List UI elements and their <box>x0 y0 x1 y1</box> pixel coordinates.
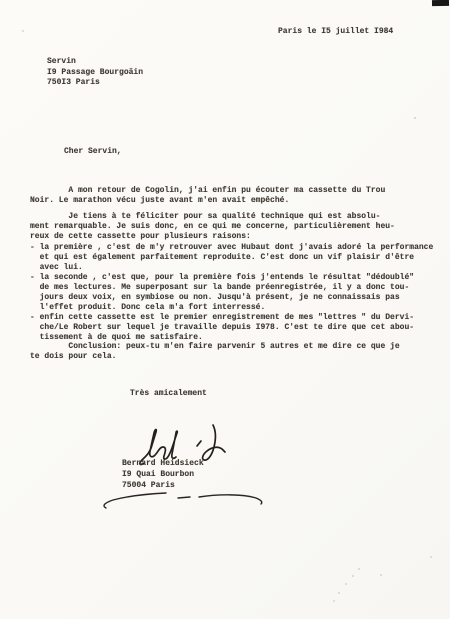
sender-street: I9 Quai Bourbon <box>122 470 194 481</box>
scan-artifact-top-right <box>432 0 449 6</box>
paragraph-line: te dois pour cela. <box>30 352 400 362</box>
scan-speck <box>414 117 416 119</box>
bullet-line: avec lui. <box>30 263 433 273</box>
scan-speck <box>352 575 354 577</box>
sender-city: 75004 Paris <box>122 481 194 492</box>
scan-speck <box>345 583 347 585</box>
scan-speck <box>380 574 382 576</box>
conclusion-paragraph: Conclusion: peux-tu m'en faire parvenir … <box>30 342 400 362</box>
body-paragraph-1: A mon retour de Cogolin, j'ai enfin pu é… <box>30 186 385 206</box>
bullet-line: che/Le Robert sur lequel je travaille de… <box>30 323 433 333</box>
body-paragraph-2: Je tiens à te féliciter pour sa qualité … <box>30 212 395 242</box>
bullet-line: et qui est également parfaitement reprod… <box>30 253 433 263</box>
salutation: Cher Servin, <box>64 147 122 156</box>
bullet-line: - la seconde , c'est que, pour la premiè… <box>30 273 433 283</box>
bullet-item-3: - enfin cette cassette est le premier en… <box>30 313 433 343</box>
paragraph-line: Noir. Le marathon vécu juste avant m'en … <box>30 196 385 206</box>
sender-address: I9 Quai Bourbon 75004 Paris <box>122 470 194 491</box>
bullet-line: - la première , c'est de m'y retrouver a… <box>30 243 433 253</box>
closing-salutation: Très amicalement <box>130 389 207 398</box>
scan-speck <box>430 556 432 558</box>
sender-name: Bernard Heidsieck <box>122 459 204 468</box>
recipient-address: Servin I9 Passage Bourgoäin 750I3 Paris <box>47 57 143 89</box>
signature-flourish-icon <box>98 492 268 512</box>
bullet-line: jours deux voix, en symbiose ou non. Jus… <box>30 293 433 303</box>
scan-speck <box>22 30 24 32</box>
scan-speck <box>338 592 340 594</box>
scan-speck <box>358 568 360 570</box>
bullet-line: - enfin cette cassette est le premier en… <box>30 313 433 323</box>
scan-speck <box>333 600 335 602</box>
recipient-street: I9 Passage Bourgoäin <box>47 68 143 79</box>
bullet-item-2: - la seconde , c'est que, pour la premiè… <box>30 273 433 313</box>
bullet-line: de mes lectures. Me superposant sur la b… <box>30 283 433 293</box>
bullet-line: l'effet produit. Donc cela m'a fort inte… <box>30 303 433 313</box>
paragraph-line: A mon retour de Cogolin, j'ai enfin pu é… <box>30 186 385 196</box>
paragraph-line: Je tiens à te féliciter pour sa qualité … <box>30 212 395 222</box>
paragraph-line: reux de cette cassette pour plusieurs ra… <box>30 232 395 242</box>
scanned-letter-page: Paris le I5 juillet I984 Servin I9 Passa… <box>0 0 450 619</box>
bullet-item-1: - la première , c'est de m'y retrouver a… <box>30 243 433 273</box>
paragraph-line: Conclusion: peux-tu m'en faire parvenir … <box>30 342 400 352</box>
recipient-city: 750I3 Paris <box>47 78 143 89</box>
recipient-name: Servin <box>47 57 143 68</box>
date-line: Paris le I5 juillet I984 <box>278 27 393 36</box>
bullet-list: - la première , c'est de m'y retrouver a… <box>30 243 433 343</box>
paragraph-line: ment remarquable. Je suis donc, en ce qu… <box>30 222 395 232</box>
